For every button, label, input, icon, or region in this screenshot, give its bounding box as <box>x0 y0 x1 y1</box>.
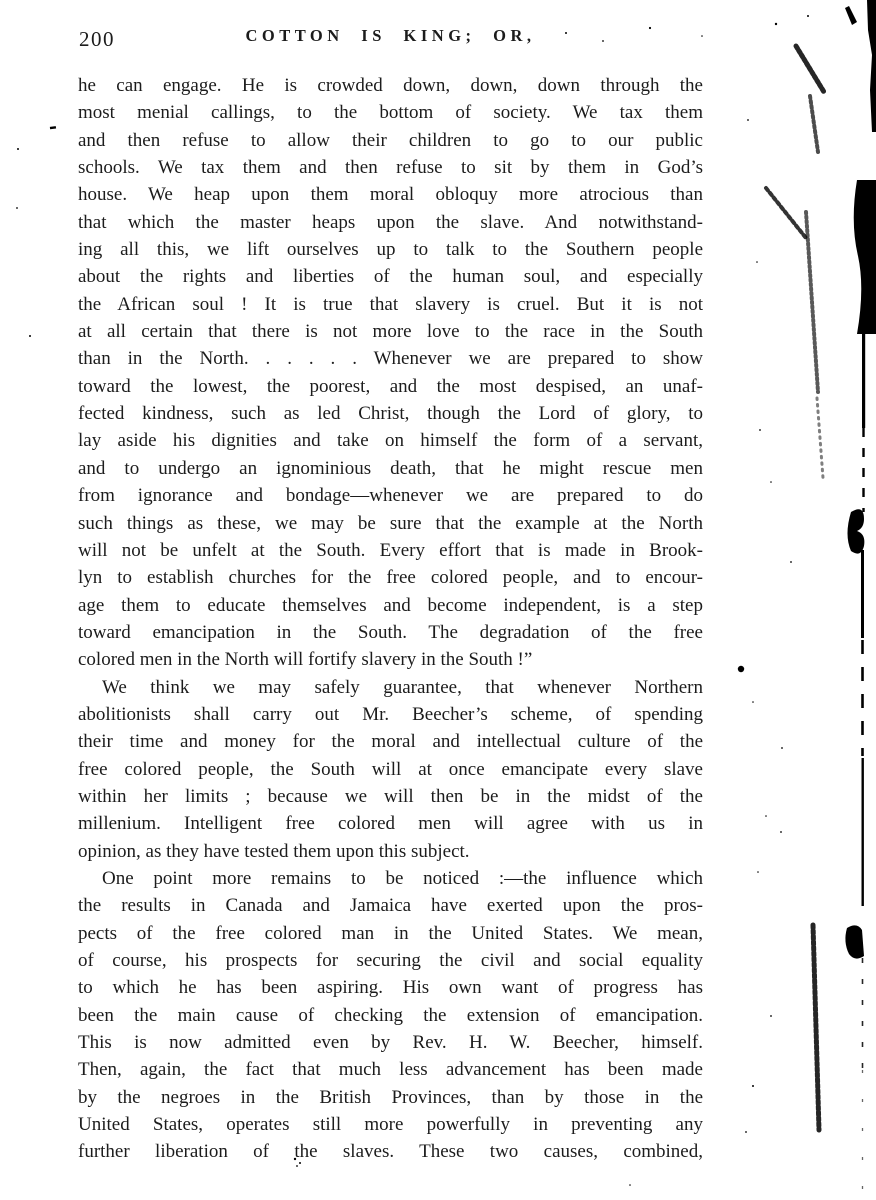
paragraph: One point more remains to be noticed :—t… <box>78 865 703 1166</box>
text-line: age them to educate themselves and becom… <box>78 592 703 619</box>
text-line: and then refuse to allow their children … <box>78 127 703 154</box>
text-column: 200 COTTON IS KING; OR, he can engage. H… <box>78 26 703 1166</box>
text-line: pects of the free colored man in the Uni… <box>78 920 703 947</box>
running-title: COTTON IS KING; OR, <box>78 26 703 46</box>
book-page: 200 COTTON IS KING; OR, he can engage. H… <box>0 0 876 1200</box>
text-line: schools. We tax them and then refuse to … <box>78 154 703 181</box>
binding-shadow-dashes <box>863 428 864 1200</box>
binding-shadow <box>845 0 876 959</box>
text-line: abolitionists shall carry out Mr. Beeche… <box>78 701 703 728</box>
text-line: colored men in the North will fortify sl… <box>78 646 703 673</box>
text-line: free colored people, the South will at o… <box>78 756 703 783</box>
text-line: their time and money for the moral and i… <box>78 728 703 755</box>
text-line: than in the North. . . . . . Whenever we… <box>78 345 703 372</box>
text-line: fected kindness, such as led Christ, tho… <box>78 400 703 427</box>
text-line: that which the master heaps upon the sla… <box>78 209 703 236</box>
text-line: most menial callings, to the bottom of s… <box>78 99 703 126</box>
text-line: of course, his prospects for securing th… <box>78 947 703 974</box>
text-line: at all certain that there is not more lo… <box>78 318 703 345</box>
text-line: he can engage. He is crowded down, down,… <box>78 72 703 99</box>
text-line: by the negroes in the British Provinces,… <box>78 1084 703 1111</box>
text-line: We think we may safely guarantee, that w… <box>78 674 703 701</box>
text-line: opinion, as they have tested them upon t… <box>78 838 703 865</box>
text-line: the African soul ! It is true that slave… <box>78 291 703 318</box>
text-line: been the main cause of checking the exte… <box>78 1002 703 1029</box>
text-line: further liberation of the slaves. These … <box>78 1138 703 1165</box>
text-line: ing all this, we lift ourselves up to ta… <box>78 236 703 263</box>
paragraph: We think we may safely guarantee, that w… <box>78 674 703 865</box>
text-line: the results in Canada and Jamaica have e… <box>78 892 703 919</box>
text-line: and to undergo an ignominious death, tha… <box>78 455 703 482</box>
text-line: about the rights and liberties of the hu… <box>78 263 703 290</box>
page-header: 200 COTTON IS KING; OR, <box>78 26 703 52</box>
text-line: Then, again, the fact that much less adv… <box>78 1056 703 1083</box>
page-body-text: he can engage. He is crowded down, down,… <box>78 72 703 1166</box>
paragraph: he can engage. He is crowded down, down,… <box>78 72 703 674</box>
text-line: toward emancipation in the South. The de… <box>78 619 703 646</box>
text-line: One point more remains to be noticed :—t… <box>78 865 703 892</box>
text-line: lyn to establish churches for the free c… <box>78 564 703 591</box>
text-line: lay aside his dignities and take on hims… <box>78 427 703 454</box>
text-line: toward the lowest, the poorest, and the … <box>78 373 703 400</box>
text-line: This is now admitted even by Rev. H. W. … <box>78 1029 703 1056</box>
text-line: millenium. Intelligent free colored men … <box>78 810 703 837</box>
text-line: will not be unfelt at the South. Every e… <box>78 537 703 564</box>
page-number: 200 <box>79 27 115 52</box>
text-line: house. We heap upon them moral obloquy m… <box>78 181 703 208</box>
text-line: within her limits ; because we will then… <box>78 783 703 810</box>
scan-speckle-bands <box>766 46 824 1130</box>
text-line: from ignorance and bondage—whenever we a… <box>78 482 703 509</box>
text-line: United States, operates still more power… <box>78 1111 703 1138</box>
text-line: to which he has been aspiring. His own w… <box>78 974 703 1001</box>
text-line: such things as these, we may be sure tha… <box>78 510 703 537</box>
